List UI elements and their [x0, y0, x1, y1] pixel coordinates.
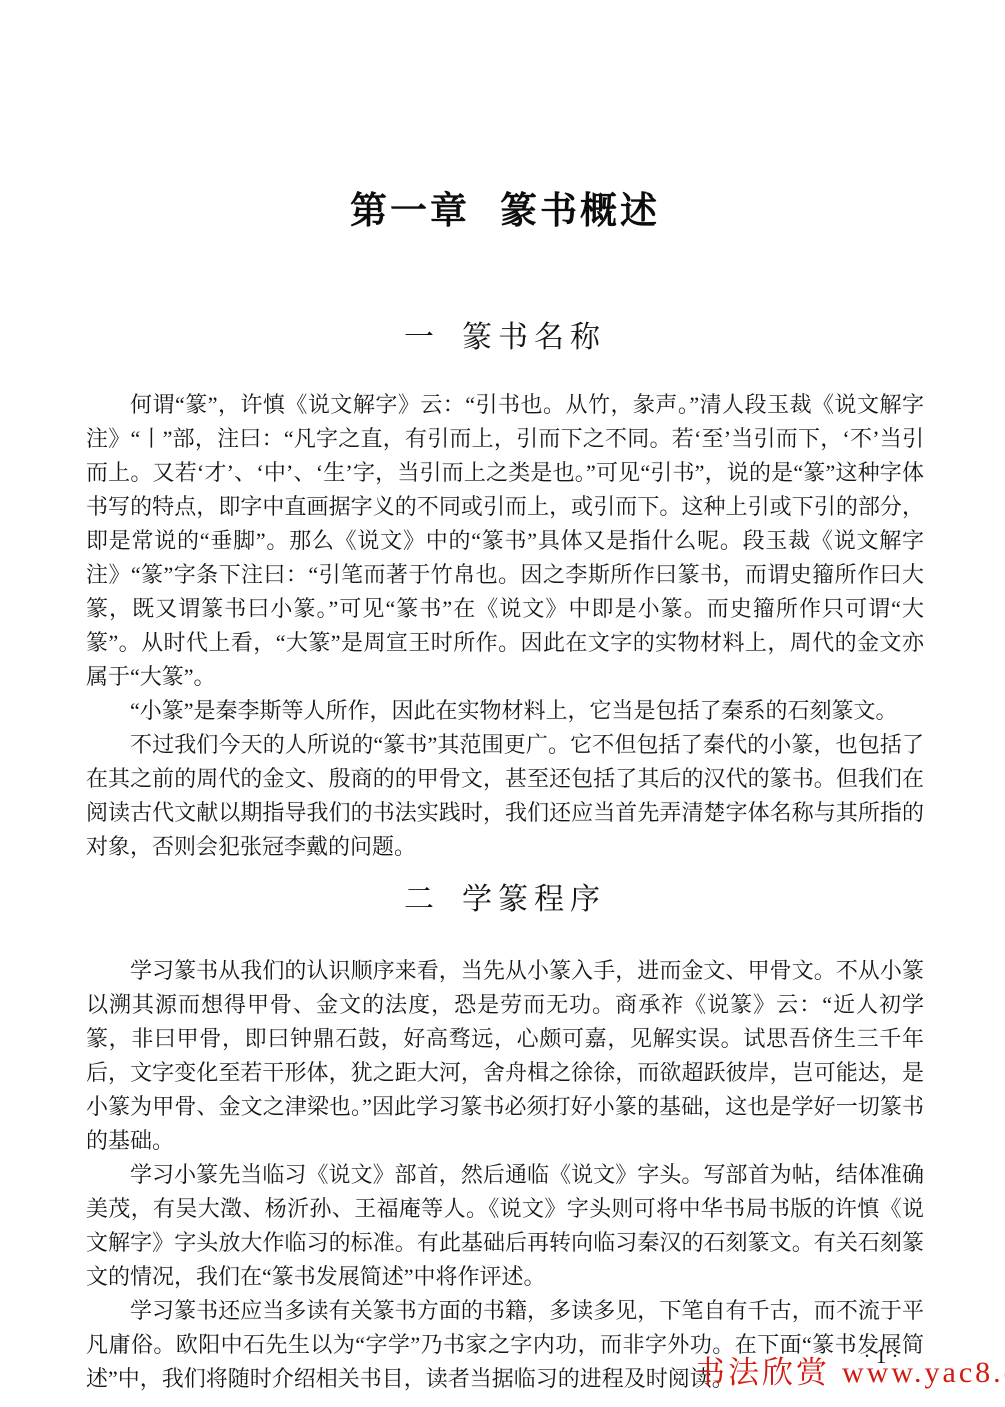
section-heading-1: 一篆书名称 — [86, 320, 924, 356]
chapter-name: 篆书概述 — [500, 191, 660, 232]
watermark: 书法欣赏www.yac8.com — [694, 1357, 1005, 1388]
paragraph: 何谓“篆”，许慎《说文解字》云：“引书也。从竹，彖声。”清人段玉裁《说文解字注》… — [86, 388, 924, 694]
section-2-name: 学篆程序 — [462, 883, 606, 916]
section-1-name: 篆书名称 — [462, 321, 606, 354]
chapter-title: 第一章篆书概述 — [86, 190, 924, 234]
watermark-site-url: www.yac8.com — [842, 1356, 1005, 1389]
section-2-number: 二 — [404, 883, 434, 916]
section-1-number: 一 — [404, 321, 434, 354]
paragraph: “小篆”是秦李斯等人所作，因此在实物材料上，它当是包括了秦系的石刻篆文。 — [86, 694, 924, 728]
watermark-site-name: 书法欣赏 — [694, 1355, 830, 1390]
paragraph: 不过我们今天的人所说的“篆书”其范围更广。它不但包括了秦代的小篆，也包括了在其之… — [86, 728, 924, 864]
paragraph: 学习篆书从我们的认识顺序来看，当先从小篆入手，进而金文、甲骨文。不从小篆以溯其源… — [86, 954, 924, 1158]
chapter-number: 第一章 — [350, 191, 470, 232]
book-page: 第一章篆书概述 一篆书名称 何谓“篆”，许慎《说文解字》云：“引书也。从竹，彖声… — [0, 0, 1005, 1407]
section-heading-2: 二学篆程序 — [86, 882, 924, 918]
page-content: 第一章篆书概述 一篆书名称 何谓“篆”，许慎《说文解字》云：“引书也。从竹，彖声… — [86, 190, 924, 1396]
paragraph: 学习小篆先当临习《说文》部首，然后通临《说文》字头。写部首为帖，结体准确美茂，有… — [86, 1158, 924, 1294]
